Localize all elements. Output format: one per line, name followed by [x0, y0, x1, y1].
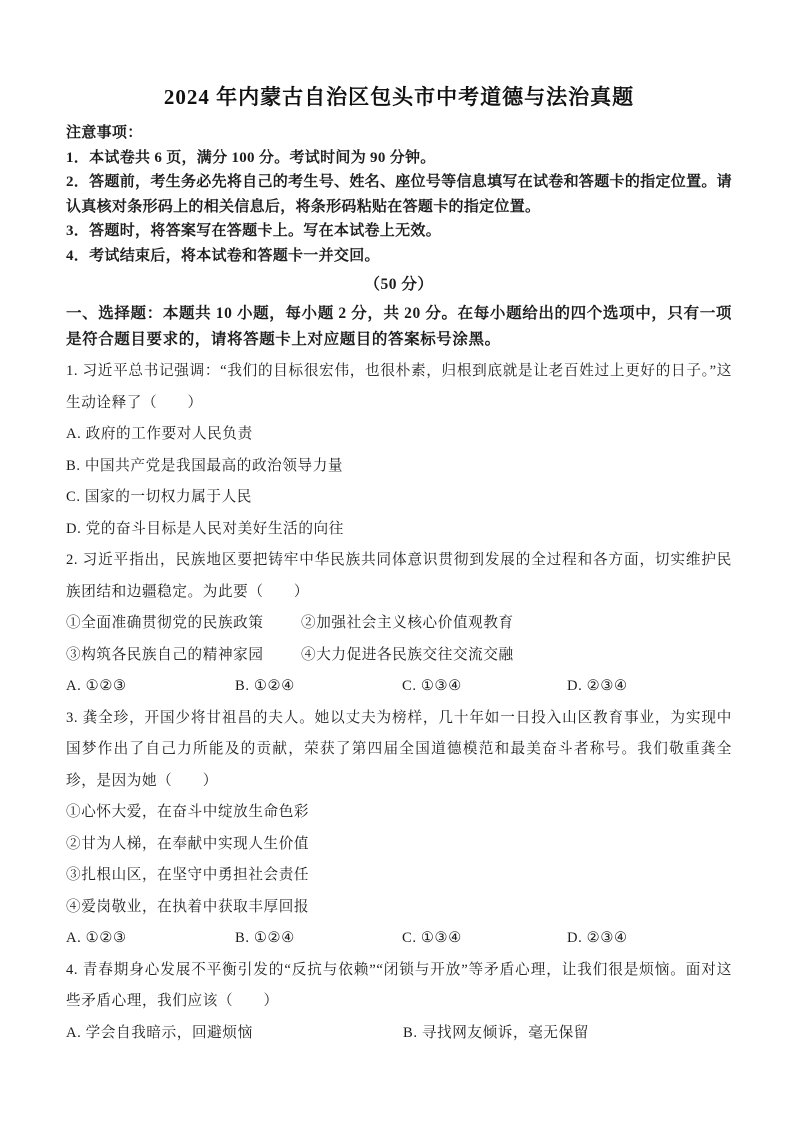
question-2-subitem-row-1: ①全面准确贯彻党的民族政策②加强社会主义核心价值观教育	[66, 608, 732, 640]
question-2-subitem-row-2: ③构筑各民族自己的精神家园④大力促进各民族交往交流交融	[66, 640, 732, 672]
questions-area: 1. 习近平总书记强调：“我们的目标很宏伟，也很朴素，归根到底就是让老百姓过上更…	[66, 356, 732, 1049]
question-3-subitem-3: ③扎根山区，在坚守中勇担社会责任	[66, 860, 732, 892]
question-3-subitem-2: ②甘为人梯，在奉献中实现人生价值	[66, 829, 732, 861]
question-1: 1. 习近平总书记强调：“我们的目标很宏伟，也很朴素，归根到底就是让老百姓过上更…	[66, 356, 732, 545]
question-3-subitem-4: ④爱岗敬业，在执着中获取丰厚回报	[66, 892, 732, 924]
question-2-subitem-3: ③构筑各民族自己的精神家园	[66, 640, 301, 672]
question-4-option-a: A. 学会自我暗示，回避烦恼	[66, 1018, 403, 1050]
section-score-banner: （50 分）	[66, 273, 732, 297]
question-1-option-b: B. 中国共产党是我国最高的政治领导力量	[66, 451, 732, 483]
notice-item-2: 2．答题前，考生务必先将自己的考生号、姓名、座位号等信息填写在试卷和答题卡的指定…	[66, 170, 732, 219]
question-3-subitem-1: ①心怀大爱，在奋斗中绽放生命色彩	[66, 797, 732, 829]
question-2-subitem-2: ②加强社会主义核心价值观教育	[301, 615, 514, 631]
question-1-option-d: D. 党的奋斗目标是人民对美好生活的向往	[66, 514, 732, 546]
question-2-choice-c: C. ①③④	[402, 671, 567, 703]
question-4-stem: 4. 青春期身心发展不平衡引发的“反抗与依赖”“闭锁与开放”等矛盾心理，让我们很…	[66, 955, 732, 1018]
question-1-option-c: C. 国家的一切权力属于人民	[66, 482, 732, 514]
question-2-choice-b: B. ①②④	[235, 671, 402, 703]
question-2-subitem-4: ④大力促进各民族交往交流交融	[301, 647, 514, 663]
notice-item-1: 1．本试卷共 6 页，满分 100 分。考试时间为 90 分钟。	[66, 146, 732, 171]
question-2-subitem-1: ①全面准确贯彻党的民族政策	[66, 608, 301, 640]
question-3-choice-b: B. ①②④	[235, 923, 402, 955]
question-2-choices-row: A. ①②③B. ①②④C. ①③④D. ②③④	[66, 671, 732, 703]
page-content: 2024 年内蒙古自治区包头市中考道德与法治真题 注意事项： 1．本试卷共 6 …	[66, 0, 732, 1049]
question-4-options-row: A. 学会自我暗示，回避烦恼B. 寻找网友倾诉，毫无保留	[66, 1018, 732, 1050]
notice-item-4: 4．考试结束后，将本试卷和答题卡一并交回。	[66, 244, 732, 269]
exam-paper-page: 2024 年内蒙古自治区包头市中考道德与法治真题 注意事项： 1．本试卷共 6 …	[0, 0, 793, 1122]
question-4: 4. 青春期身心发展不平衡引发的“反抗与依赖”“闭锁与开放”等矛盾心理，让我们很…	[66, 955, 732, 1050]
question-2-choice-d: D. ②③④	[567, 671, 628, 703]
question-1-option-a: A. 政府的工作要对人民负责	[66, 419, 732, 451]
question-3-choice-c: C. ①③④	[402, 923, 567, 955]
question-2-stem: 2. 习近平指出，民族地区要把铸牢中华民族共同体意识贯彻到发展的全过程和各方面，…	[66, 545, 732, 608]
notice-heading: 注意事项：	[66, 121, 732, 146]
question-2-choice-a: A. ①②③	[66, 671, 235, 703]
page-title: 2024 年内蒙古自治区包头市中考道德与法治真题	[66, 0, 732, 112]
question-1-stem: 1. 习近平总书记强调：“我们的目标很宏伟，也很朴素，归根到底就是让老百姓过上更…	[66, 356, 732, 419]
question-3: 3. 龚全珍，开国少将甘祖昌的夫人。她以丈夫为榜样，几十年如一日投入山区教育事业…	[66, 703, 732, 955]
question-3-stem: 3. 龚全珍，开国少将甘祖昌的夫人。她以丈夫为榜样，几十年如一日投入山区教育事业…	[66, 703, 732, 798]
question-3-choices-row: A. ①②③B. ①②④C. ①③④D. ②③④	[66, 923, 732, 955]
notice-item-3: 3．答题时，将答案写在答题卡上。写在本试卷上无效。	[66, 219, 732, 244]
notice-section: 注意事项： 1．本试卷共 6 页，满分 100 分。考试时间为 90 分钟。 2…	[66, 121, 732, 268]
question-4-option-b: B. 寻找网友倾诉，毫无保留	[403, 1025, 589, 1041]
question-3-choice-d: D. ②③④	[567, 923, 628, 955]
question-3-choice-a: A. ①②③	[66, 923, 235, 955]
question-2: 2. 习近平指出，民族地区要把铸牢中华民族共同体意识贯彻到发展的全过程和各方面，…	[66, 545, 732, 703]
section-heading-multiple-choice: 一、选择题：本题共 10 小题，每小题 2 分，共 20 分。在每小题给出的四个…	[66, 301, 732, 353]
